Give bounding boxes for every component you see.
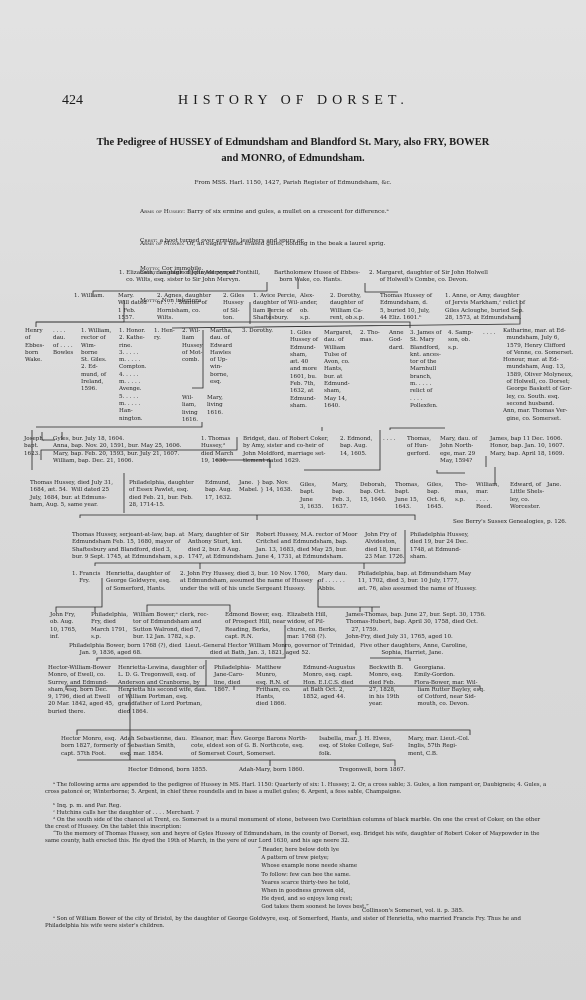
person-bridget-coker: Bridget, dau. of Robert Coker, by Amy, s… <box>243 436 329 465</box>
person-dorothy-carent: 2. Dorothy, daughter of William Ca- rent… <box>330 293 364 322</box>
person-martha-hawles: Martha, dau. of Edward Hawles of Up- win… <box>210 328 233 386</box>
person-mary-1616: Mary, living 1616. <box>207 395 223 417</box>
persons-five-other-daughters: Five other daughters, Anne, Caroline, So… <box>360 643 467 658</box>
person-thomas-2: 2. Tho- mas. <box>360 330 380 345</box>
person-hector-william-monro: Lieut.-General Hector William Monro, gov… <box>185 643 355 658</box>
person-eleanor-northcote: Eleanor, mar. Rev. George Barons North- … <box>191 736 307 758</box>
person-mary-1637: Mary, bap. Feb. 3, 1637. <box>332 482 351 511</box>
person-philadelphia-pawlet: Philadelphia, daughter of Essex Pawlet, … <box>129 480 194 509</box>
person-henry-ebbesborn: Henry of Ebbes- born Wake. <box>25 328 44 364</box>
person-philadelphia-jane-caroline: Philadelphia- Jane-Caro- line, died 1867… <box>214 665 251 694</box>
person-giles-hussey-silton: 2. Giles Hussey of Sil- ton. <box>223 293 244 322</box>
poem-citation: Collinson's Somerset, vol. ii. p. 385. <box>362 908 464 915</box>
person-margaret-holwell: 2. Margaret, daughter of Sir John Holwel… <box>369 270 488 285</box>
person-hector-monro-1827: Hector Monro, esq. born 1827, formerly c… <box>61 736 118 758</box>
person-bartholomew-husee: Bartholomew Husee of Ebbes- born Wake, c… <box>274 270 360 285</box>
person-agnes-stanter: 2. Agnes, daughter of . . . . Stanter of… <box>157 293 211 322</box>
person-avice-percie: 1. Avice Percie, daughter of Wil- liam P… <box>253 293 299 322</box>
footnote-d: ᵈ On the south side of the chancel at Tr… <box>45 817 550 831</box>
book-page: 424 HISTORY OF DORSET. The Pedigree of H… <box>0 0 586 1000</box>
person-mary-northege: Mary, dau. of John North- ege, mar. 29 M… <box>440 436 477 465</box>
person-henry: 1. Hen- ry. <box>154 328 175 343</box>
person-unknown-spouse: . . . . <box>483 330 495 337</box>
person-robert-hussey: Robert Hussey, M.A. rector of Moor Critc… <box>256 532 357 561</box>
footnote-e: ᵉ Son of William Bower of the city of Br… <box>45 916 550 930</box>
person-james-st-mary: 3. James of St. Mary Blandford, knt. anc… <box>410 330 441 410</box>
person-mary-sturt: Mary, daughter of Sir Anthony Sturt, knt… <box>188 532 254 561</box>
persons-james-honor-mary: James, bap 11 Dec. 1606. Honor, bap. Jan… <box>490 436 564 458</box>
person-edmund-augustus-monro: Edmund-Augustus Monro, esq. capt. Hon. E… <box>303 665 355 701</box>
person-william-motcomb: 2. Wil- liam Hussey of Mot- comb. <box>182 328 203 364</box>
person-thomas-hussey-1601: Thomas Hussey of Edmundsham, d. 5, burie… <box>380 293 432 322</box>
person-edward-shelsley: Edward, of Little Shels- ley, co. Worces… <box>510 482 544 511</box>
persons-jane-mabel: Jane. } bap. Nov. Mabel. } 14, 1638. <box>239 480 292 495</box>
person-hector-william-bower-monro: Hector-William-Bower Monro, of Ewell, co… <box>48 665 114 716</box>
persons-georgiana-emily-flora: Georgiana. Emily-Gordon. Flora-Bower, ma… <box>414 665 485 709</box>
person-edmond-bower: Edmond Bower, esq. of Prospect Hill, nea… <box>225 612 286 641</box>
person-john-fry-1765: John Fry, ob. Aug. 10, 1765, inf. <box>50 612 77 641</box>
person-isabella-elwes: Isabella, mar. J. H. Elwes, esq. of Stok… <box>319 736 394 758</box>
person-william-reed: William, mar. . . . . Reed. <box>476 482 499 511</box>
person-henrietta-lewina: Henrietta-Lewina, daughter of L. D. G. T… <box>118 665 207 716</box>
persons-james-thomas-hubert-john: James-Thomas, bap. June 27, bur. Sept. 3… <box>346 612 486 641</box>
person-margaret-tulse: Margaret, dau. of William Tulse of Avon,… <box>324 330 353 410</box>
person-francis-fry: 1. Francis Fry. <box>72 571 100 586</box>
persons-katharine-honour-ann: Katharine, mar. at Ed- mundsham, July 6,… <box>503 328 573 423</box>
person-william-1616: Wil- liam, living 1616. <box>182 395 198 424</box>
persons-daughters-honor: 1. Honor. 2. Kathe- rine. 3. . . . . m. … <box>119 328 147 423</box>
person-hector-edmond: Hector Edmond, born 1855. <box>128 767 207 774</box>
person-henrietta-goldwyre: Henrietta, daughter of George Goldwyre, … <box>106 571 171 593</box>
person-giles-1635: Giles, bapt. June 3, 1635. <box>300 482 323 511</box>
person-william-bower: William Bower,ᵉ clerk, rec- tor of Edmun… <box>133 612 208 641</box>
person-alexander: Alex- ander, ob. s.p. <box>300 293 318 322</box>
person-edmund-1632: Edmund, bap. Aug. 17, 1632. <box>205 480 232 502</box>
person-elizabeth-mervyn: 1. Elizabeth, daughter of John Mervyn of… <box>119 270 260 285</box>
person-thomas-1643: Thomas, bapt. June 15, 1643. <box>395 482 419 511</box>
person-philadelphia-1702: Philadelphia, bap. at Edmundsham May 11,… <box>358 571 477 593</box>
person-edmond-1605: 2. Edmond, bap. Aug. 14, 1605. <box>340 436 372 458</box>
person-beckwith-monro: Beckwith B. Monro, esq. died Feb. 27, 18… <box>369 665 403 709</box>
person-thomas-sp: Tho- mas, s.p. <box>455 482 468 504</box>
person-adah-sebastienne: Adah Sebastienne, dau. of Sebastian Smit… <box>120 736 187 758</box>
person-thomas-hussey-1630: 1. Thomas Hussey,ᵈ died March 19, 1630. <box>201 436 234 465</box>
person-mary: Mary. Will dated 1 Feb. 1557. <box>118 293 147 322</box>
person-william-rector: 1. William, rector of Wim- borne St. Gil… <box>81 328 111 394</box>
person-elizabeth-hill: Elizabeth Hill, widow, of Pil- churst, c… <box>287 612 337 641</box>
person-william: 1. William. <box>74 293 104 300</box>
berry-reference: See Berry's Sussex Genealogies, p. 126. <box>453 519 567 526</box>
person-mary-abbis: Mary dau. of . . . . . . Abbis. <box>318 571 347 593</box>
epitaph-poem: “ Reader, here below doth lye A pattern … <box>258 846 369 912</box>
person-philadelphia-fry: Philadelphia, Fry, died March 1791, s.p. <box>91 612 128 641</box>
person-thomas-hussey-1684: Thomas Hussey, died July 31, 1684, æt. 5… <box>30 480 113 509</box>
person-mary-inglis: Mary, mar. Lieut.-Col. Inglis, 57th Regi… <box>408 736 470 758</box>
person-deborah: Deborah, bap. Oct. 15, 1640. <box>360 482 387 504</box>
footnote-a: ᵃ The following arms are appended to the… <box>45 782 550 796</box>
person-sampson: 4. Samp- son, ob. s.p. <box>448 330 473 352</box>
person-anne-goddard: Anne God- dard. <box>389 330 404 352</box>
footnote-d-inscription: “To the memory of Thomas Hussey, son and… <box>45 831 550 845</box>
person-giles-1645: Giles, bap. Oct. 6, 1645. <box>427 482 446 511</box>
person-unknown-spouse-2: . . . . <box>383 436 395 443</box>
person-anne-markham: 1. Anne, or Amy, daughter of Jervis Mark… <box>445 293 525 322</box>
person-dorothy: 3. Dorothy. <box>242 328 273 335</box>
person-thomas-hussey-serjeant: Thomas Hussey, serjeant-at-law, bap. at … <box>72 532 184 561</box>
person-adah-mary: Adah-Mary, born 1860. <box>239 767 304 774</box>
person-dau-bowles: . . . . dau. of . . . . Bowles <box>53 328 73 357</box>
person-john-fry: John Fry of Alvideston, died 18, bur. 23… <box>365 532 405 561</box>
person-tregonwell: Tregonwell, born 1867. <box>339 767 406 774</box>
person-giles-hussey-edmundsham: 1. Giles Hussey of Edmund- sham, æt. 40 … <box>290 330 318 410</box>
person-philadelphia-bower: Philadelphia Bower, born 1768 (?), died … <box>69 643 181 658</box>
person-thomas-hungerford: Thomas, of Hun- gerford. <box>407 436 431 458</box>
person-jane: Jane. <box>547 482 561 489</box>
person-joseph: Joseph, bapt. 1623. <box>24 436 45 458</box>
person-philadelphia-hussey: Philadelphia Hussey, died 19, bur 24 Dec… <box>410 532 469 561</box>
persons-gyles-anna-mary-william: Gyles, bur. July 18, 1604. Anna, bap. No… <box>53 436 181 465</box>
person-john-fry-hussey: 2. John Fry Hussey, died 3, bur. 10 Nov.… <box>180 571 313 593</box>
person-matthew-munro: Matthew Munro, esq. R.N. of Fritham, co.… <box>256 665 291 709</box>
